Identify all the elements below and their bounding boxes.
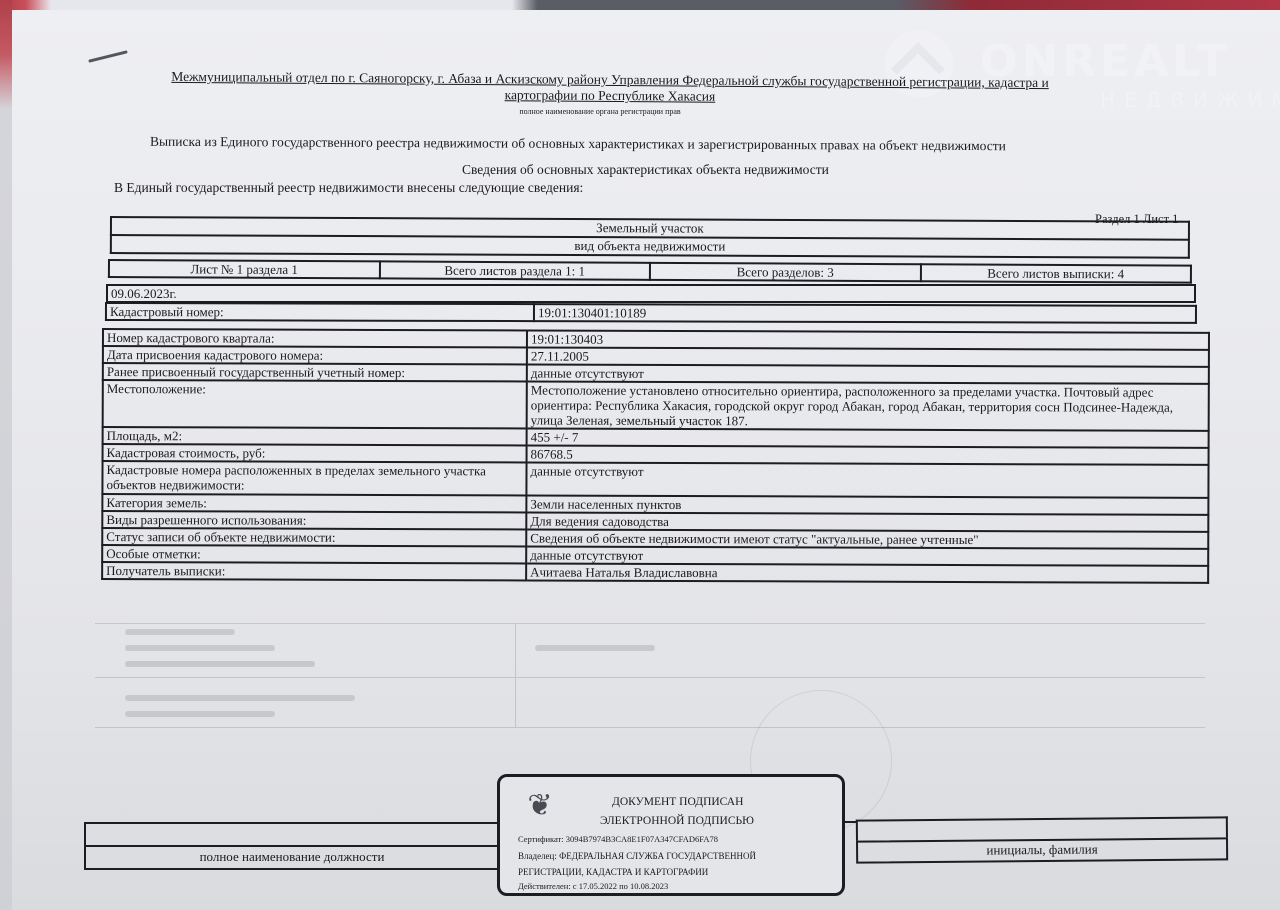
position-signature-field: полное наименование должности <box>84 822 500 870</box>
property-value: Местоположение установлено относительно … <box>527 381 1209 430</box>
property-label: Кадастровые номера расположенных в преде… <box>102 461 526 495</box>
property-label: Дата присвоения кадастрового номера: <box>103 346 527 364</box>
date-table: 09.06.2023г. <box>106 284 1196 303</box>
esign-title-line1: ДОКУМЕНТ ПОДПИСАН <box>612 796 743 808</box>
electronic-signature-stamp: ❦ ДОКУМЕНТ ПОДПИСАН ЭЛЕКТРОННОЙ ПОДПИСЬЮ… <box>497 774 845 896</box>
cadastral-number-label: Кадастровый номер: <box>106 303 534 321</box>
table-row: Кадастровые номера расположенных в преде… <box>102 461 1208 498</box>
name-caption: инициалы, фамилия <box>856 837 1228 863</box>
position-caption: полное наименование должности <box>84 845 500 870</box>
watermark-subtitle: НЕДВИЖИМОСТЬ <box>1100 88 1280 112</box>
property-label: Особые отметки: <box>102 545 526 563</box>
table-row: Получатель выписки: Ачитаева Наталья Вла… <box>102 562 1208 583</box>
esign-title-line2: ЭЛЕКТРОННОЙ ПОДПИСЬЮ <box>600 815 754 827</box>
property-label: Номер кадастрового квартала: <box>103 329 527 347</box>
object-kind-caption: вид объекта недвижимости <box>111 235 1189 258</box>
name-signature-field: инициалы, фамилия <box>856 816 1228 863</box>
esign-certificate: Сертификат: 3094B7974B3CA8E1F07A347CFAD6… <box>518 834 718 844</box>
background-edge <box>0 0 12 910</box>
property-label: Площадь, м2: <box>103 427 527 445</box>
sections-total: Всего разделов: 3 <box>650 263 921 281</box>
show-through-print <box>95 615 1215 730</box>
property-label: Категория земель: <box>102 494 526 512</box>
object-kind-table: Земельный участок вид объекта недвижимос… <box>110 216 1190 259</box>
property-label: Местоположение: <box>103 380 527 428</box>
property-label: Получатель выписки: <box>102 562 526 580</box>
authority-caption: полное наименование органа регистрации п… <box>380 107 820 116</box>
property-label: Кадастровая стоимость, руб: <box>103 444 527 462</box>
cadastral-number-table: Кадастровый номер: 19:01:130401:10189 <box>105 302 1197 324</box>
esign-owner-line1: Владелец: ФЕДЕРАЛЬНАЯ СЛУЖБА ГОСУДАРСТВЕ… <box>518 851 756 861</box>
property-label: Статус записи об объекте недвижимости: <box>102 528 526 546</box>
table-row: Местоположение: Местоположение установле… <box>103 380 1209 431</box>
registration-authority: Межмуниципальный отдел по г. Саяногорску… <box>140 69 1080 108</box>
cadastral-number-value: 19:01:130401:10189 <box>534 304 1196 323</box>
property-value: данные отсутствуют <box>526 462 1208 497</box>
esign-owner-line2: РЕГИСТРАЦИИ, КАДАСТРА И КАРТОГРАФИИ <box>518 867 708 877</box>
coat-of-arms-icon: ❦ <box>522 787 558 825</box>
sheet-number: Лист № 1 раздела 1 <box>109 260 380 278</box>
intro-text: В Единый государственный реестр недвижим… <box>114 180 583 196</box>
section-title: Сведения об основных характеристиках объ… <box>462 162 829 178</box>
properties-table: Номер кадастрового квартала: 19:01:13040… <box>101 328 1210 584</box>
property-value: Ачитаева Наталья Владиславовна <box>526 563 1208 582</box>
property-label: Ранее присвоенный государственный учетны… <box>103 363 527 381</box>
extract-date: 09.06.2023г. <box>107 285 1195 302</box>
section-sheets-total: Всего листов раздела 1: 1 <box>379 261 650 279</box>
property-label: Виды разрешенного использования: <box>102 511 526 529</box>
esign-validity: Действителен: с 17.05.2022 по 10.08.2023 <box>518 881 668 891</box>
extract-sheets-total: Всего листов выписки: 4 <box>920 264 1191 282</box>
